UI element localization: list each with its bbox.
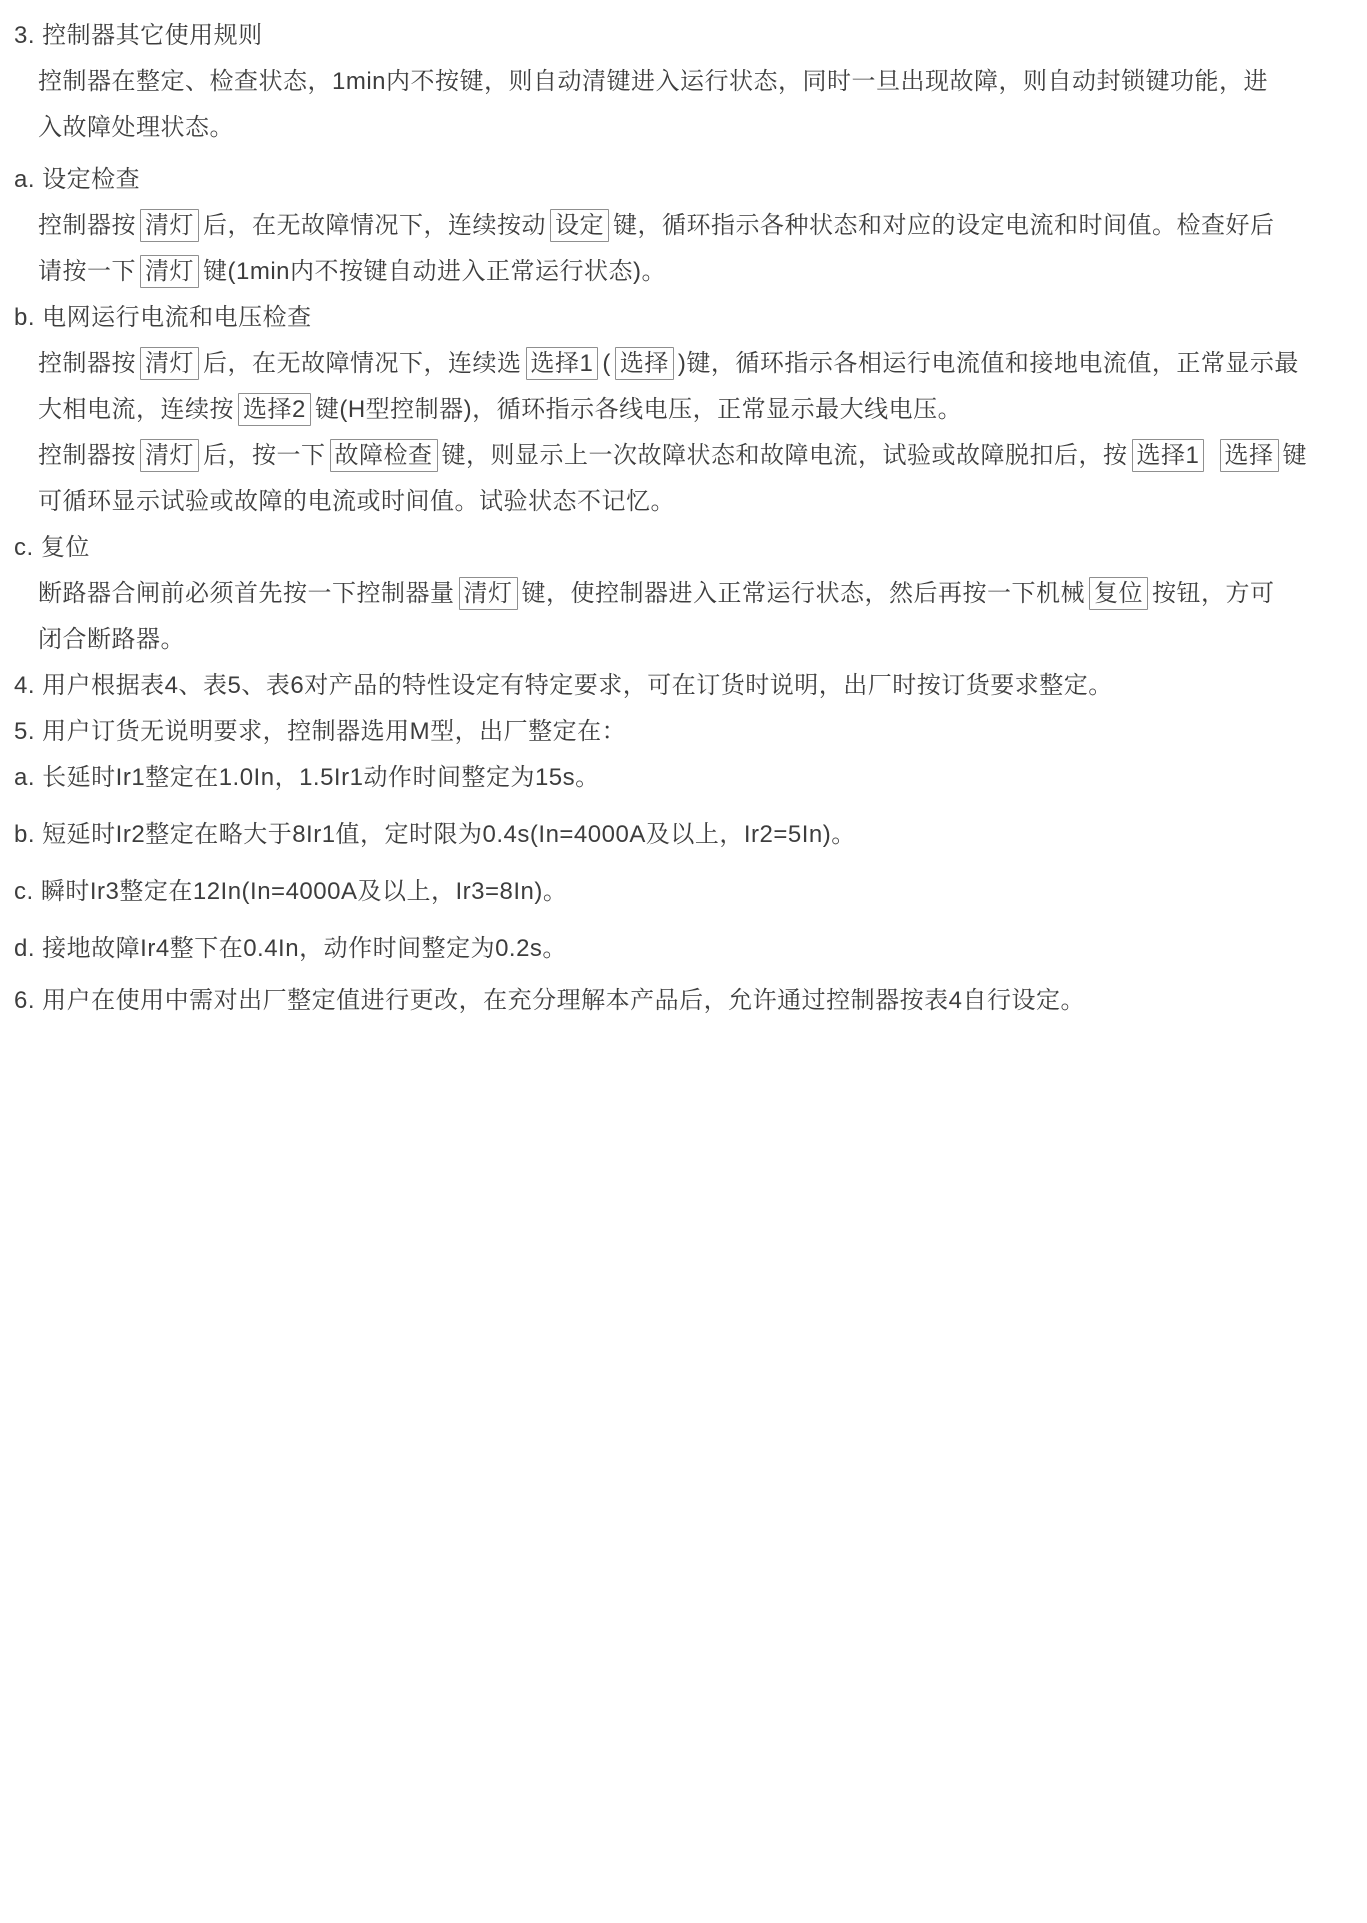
text-segment: 后，在无故障情况下，连续选 xyxy=(203,350,522,377)
text-segment: 3. 控制器其它使用规则 xyxy=(14,22,263,49)
text-segment: 大相电流，连续按 xyxy=(38,396,234,423)
text-line: b. 电网运行电流和电压检查 xyxy=(14,295,1357,341)
text-line: 控制器在整定、检查状态，1min内不按键，则自动清键进入运行状态，同时一旦出现故… xyxy=(14,59,1357,105)
key-label-box: 清灯 xyxy=(140,347,199,380)
text-line: 控制器按清灯后，在无故障情况下，连续按动设定键，循环指示各种状态和对应的设定电流… xyxy=(14,203,1357,249)
key-label-box: 选择1 xyxy=(1132,439,1205,472)
text-line: 控制器按清灯后，在无故障情况下，连续选选择1(选择)键，循环指示各相运行电流值和… xyxy=(14,341,1357,387)
text-segment: 键，使控制器进入正常运行状态，然后再按一下机械 xyxy=(522,580,1086,607)
document-body: 3. 控制器其它使用规则控制器在整定、检查状态，1min内不按键，则自动清键进入… xyxy=(14,13,1357,1024)
text-segment: 6. 用户在使用中需对出厂整定值进行更改，在充分理解本产品后，允许通过控制器按表… xyxy=(14,987,1085,1014)
key-label-box: 选择1 xyxy=(526,347,599,380)
text-segment: 闭合断路器。 xyxy=(38,626,185,653)
text-segment: 键(1min内不按键自动进入正常运行状态)。 xyxy=(203,258,666,285)
key-label-box: 清灯 xyxy=(140,439,199,472)
text-segment: )键，循环指示各相运行电流值和接地电流值，正常显示最 xyxy=(678,350,1299,377)
document-page: 3. 控制器其它使用规则控制器在整定、检查状态，1min内不按键，则自动清键进入… xyxy=(0,0,1367,1024)
text-line: 控制器按清灯后，按一下故障检查键，则显示上一次故障状态和故障电流，试验或故障脱扣… xyxy=(14,433,1357,479)
text-segment: 控制器在整定、检查状态，1min内不按键，则自动清键进入运行状态，同时一旦出现故… xyxy=(38,68,1268,95)
text-line: 闭合断路器。 xyxy=(14,617,1357,663)
text-segment: 键，则显示上一次故障状态和故障电流，试验或故障脱扣后，按 xyxy=(442,442,1128,469)
text-segment: 键，循环指示各种状态和对应的设定电流和时间值。检查好后 xyxy=(613,212,1275,239)
text-segment: b. 短延时Ir2整定在略大于8Ir1值，定时限为0.4s(In=4000A及以… xyxy=(14,821,856,848)
text-segment: 控制器按 xyxy=(38,442,136,469)
text-line: 入故障处理状态。 xyxy=(14,105,1357,151)
text-segment: 按钮，方可 xyxy=(1152,580,1275,607)
key-label-box: 选择 xyxy=(1220,439,1279,472)
text-segment xyxy=(1208,442,1215,469)
text-segment: 后，按一下 xyxy=(203,442,326,469)
text-line: 断路器合闸前必须首先按一下控制器量清灯键，使控制器进入正常运行状态，然后再按一下… xyxy=(14,571,1357,617)
key-label-box: 选择2 xyxy=(238,393,311,426)
text-segment: c. 瞬时Ir3整定在12In(In=4000A及以上，Ir3=8In)。 xyxy=(14,878,567,905)
text-line: a. 长延时Ir1整定在1.0In，1.5Ir1动作时间整定为15s。 xyxy=(14,755,1357,801)
text-segment: 控制器按 xyxy=(38,212,136,239)
text-segment: 后，在无故障情况下，连续按动 xyxy=(203,212,546,239)
text-segment: 键 xyxy=(1283,442,1308,469)
text-line: 4. 用户根据表4、表5、表6对产品的特性设定有特定要求，可在订货时说明，出厂时… xyxy=(14,663,1357,709)
key-label-box: 复位 xyxy=(1089,577,1148,610)
text-line: d. 接地故障Ir4整下在0.4In，动作时间整定为0.2s。 xyxy=(14,926,1357,972)
text-line: c. 复位 xyxy=(14,525,1357,571)
text-line: b. 短延时Ir2整定在略大于8Ir1值，定时限为0.4s(In=4000A及以… xyxy=(14,812,1357,858)
key-label-box: 故障检查 xyxy=(330,439,438,472)
text-segment: ( xyxy=(602,350,611,377)
text-line: 6. 用户在使用中需对出厂整定值进行更改，在充分理解本产品后，允许通过控制器按表… xyxy=(14,978,1357,1024)
text-segment: 请按一下 xyxy=(38,258,136,285)
key-label-box: 设定 xyxy=(550,209,609,242)
text-line: 3. 控制器其它使用规则 xyxy=(14,13,1357,59)
text-segment: b. 电网运行电流和电压检查 xyxy=(14,304,312,331)
text-line: 大相电流，连续按选择2键(H型控制器)，循环指示各线电压，正常显示最大线电压。 xyxy=(14,387,1357,433)
text-segment: a. 设定检查 xyxy=(14,166,140,193)
text-segment: 可循环显示试验或故障的电流或时间值。试验状态不记忆。 xyxy=(38,488,675,515)
key-label-box: 清灯 xyxy=(459,577,518,610)
text-line: c. 瞬时Ir3整定在12In(In=4000A及以上，Ir3=8In)。 xyxy=(14,869,1357,915)
text-segment: d. 接地故障Ir4整下在0.4In，动作时间整定为0.2s。 xyxy=(14,935,567,962)
key-label-box: 清灯 xyxy=(140,255,199,288)
text-segment: 4. 用户根据表4、表5、表6对产品的特性设定有特定要求，可在订货时说明，出厂时… xyxy=(14,672,1113,699)
key-label-box: 清灯 xyxy=(140,209,199,242)
text-line: 请按一下清灯键(1min内不按键自动进入正常运行状态)。 xyxy=(14,249,1357,295)
key-label-box: 选择 xyxy=(615,347,674,380)
text-segment: 断路器合闸前必须首先按一下控制器量 xyxy=(38,580,455,607)
text-segment: 5. 用户订货无说明要求，控制器选用M型，出厂整定在： xyxy=(14,718,626,745)
text-segment: c. 复位 xyxy=(14,534,90,561)
text-line: 5. 用户订货无说明要求，控制器选用M型，出厂整定在： xyxy=(14,709,1357,755)
text-segment: a. 长延时Ir1整定在1.0In，1.5Ir1动作时间整定为15s。 xyxy=(14,764,600,791)
text-segment: 入故障处理状态。 xyxy=(38,114,234,141)
text-line: a. 设定检查 xyxy=(14,157,1357,203)
text-segment: 键(H型控制器)，循环指示各线电压，正常显示最大线电压。 xyxy=(315,396,962,423)
text-line: 可循环显示试验或故障的电流或时间值。试验状态不记忆。 xyxy=(14,479,1357,525)
text-segment: 控制器按 xyxy=(38,350,136,377)
